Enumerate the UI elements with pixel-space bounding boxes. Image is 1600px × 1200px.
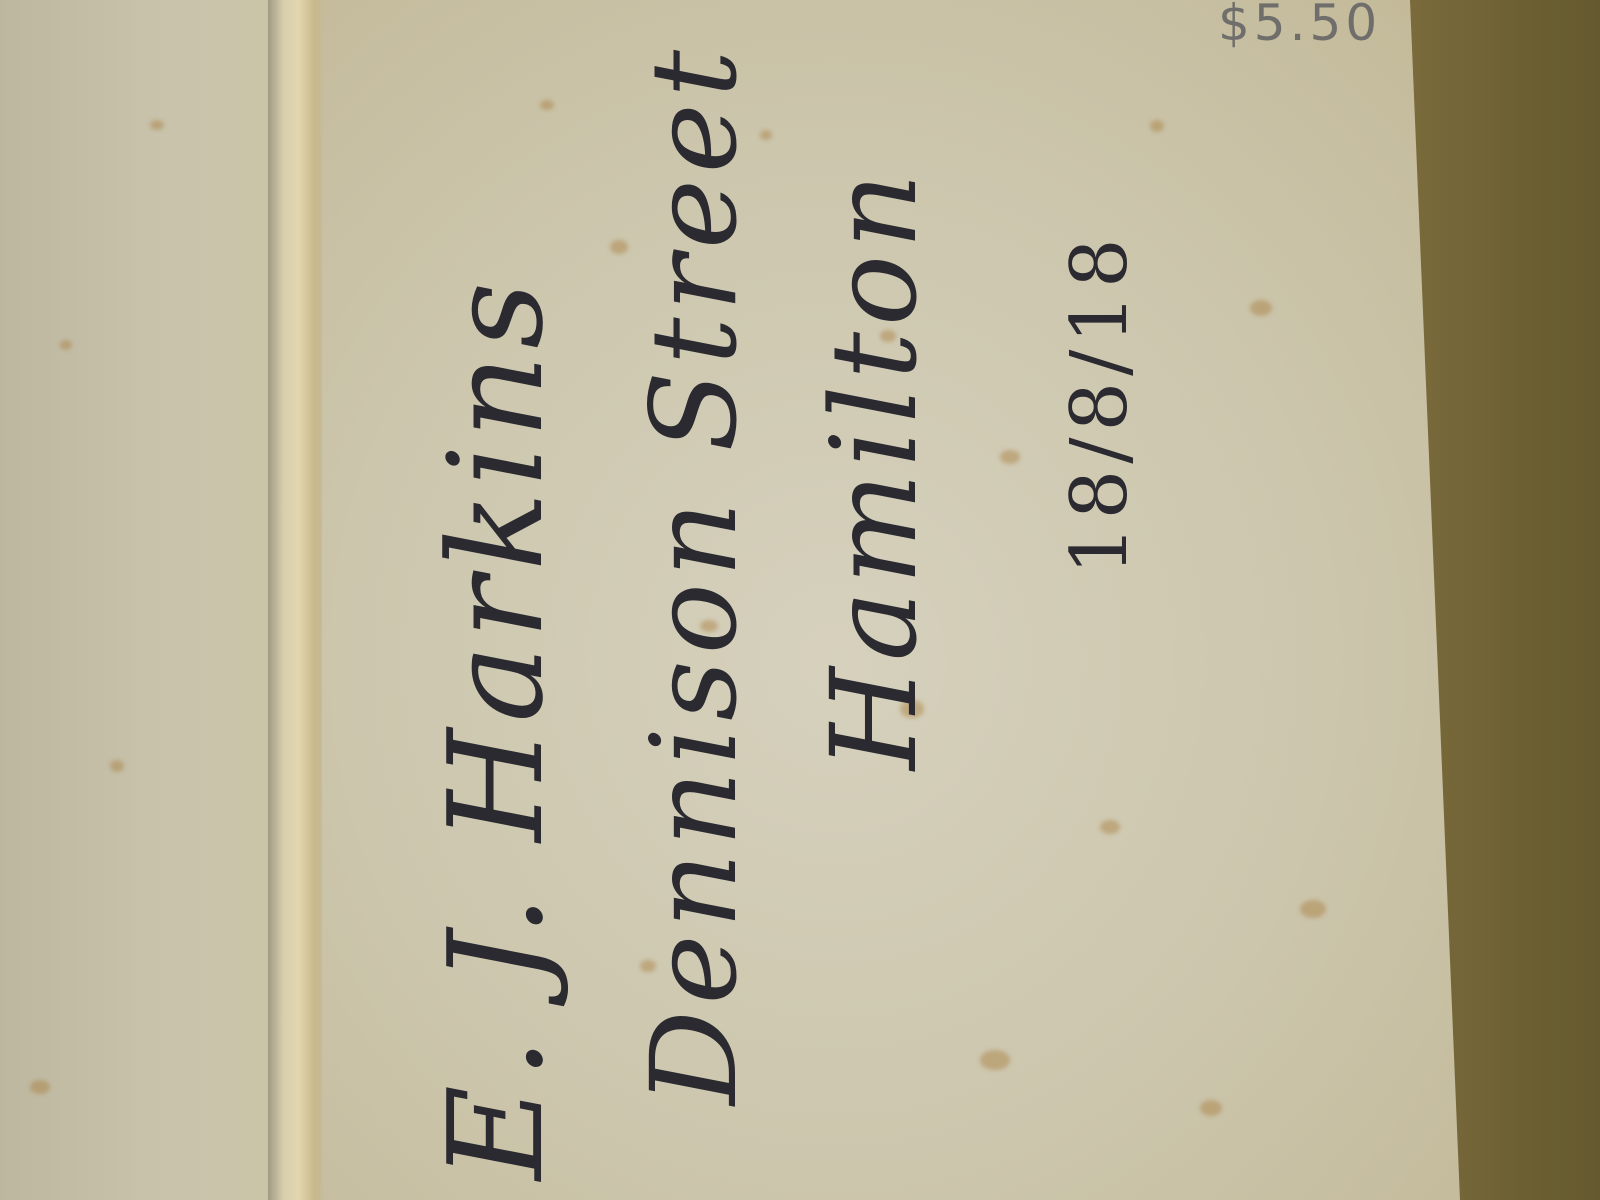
street-address: Dennison Street (625, 44, 763, 1105)
city-name: Hamilton (805, 167, 943, 770)
owner-name: E. J. Harkins (420, 276, 572, 1180)
handwritten-inscription: E. J. Harkins Dennison Street Hamilton 1… (0, 0, 1600, 1200)
inscription-date: 18/8/18 (1055, 232, 1145, 575)
book-photo-scene: $5.50 E. J. Harkins Dennison Street Hami… (0, 0, 1600, 1200)
